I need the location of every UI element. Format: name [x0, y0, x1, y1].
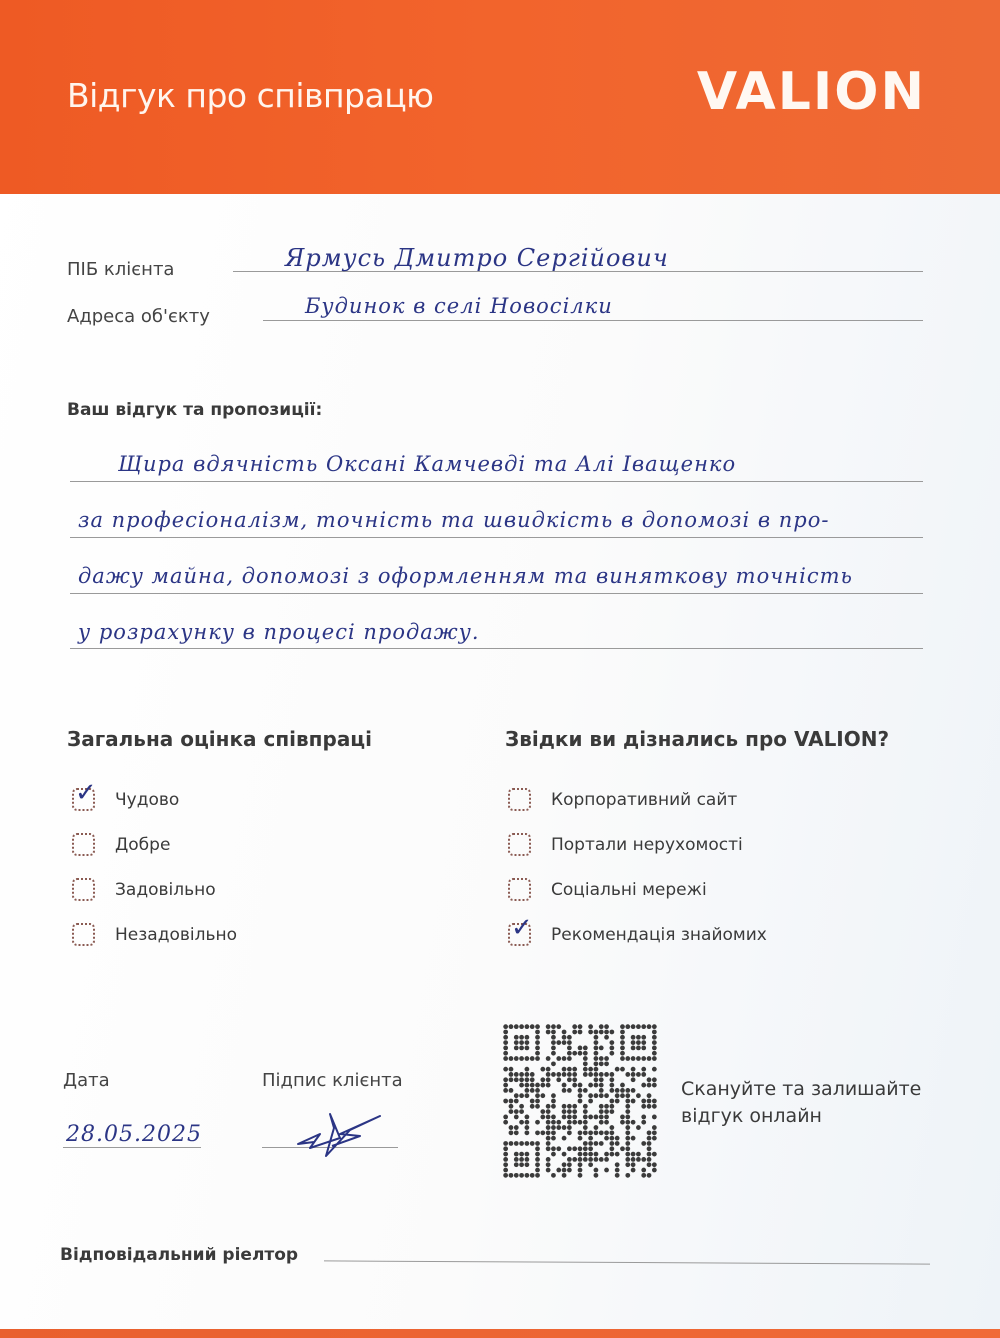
- address-line: [263, 320, 923, 321]
- feedback-line: [70, 648, 923, 649]
- checkbox[interactable]: [508, 788, 531, 811]
- brand-logo: VALION: [697, 62, 926, 122]
- source-option[interactable]: Соціальні мережі: [508, 878, 707, 901]
- form-title: Відгук про співпрацю: [67, 76, 433, 115]
- option-label: Рекомендація знайомих: [551, 925, 767, 945]
- option-label: Добре: [115, 835, 170, 855]
- checkbox[interactable]: ✓: [72, 788, 95, 811]
- feedback-line: [70, 537, 923, 538]
- option-label: Портали нерухомості: [551, 835, 743, 855]
- feedback-label: Ваш відгук та пропозиції:: [67, 400, 322, 420]
- checkbox[interactable]: [72, 833, 95, 856]
- checkbox[interactable]: [508, 878, 531, 901]
- client-name-label: ПІБ клієнта: [67, 259, 174, 280]
- source-title: Звідки ви дізнались про VALION?: [505, 727, 889, 751]
- address-label: Адреса об'єкту: [67, 306, 210, 327]
- qr-caption-line1: Скануйте та залишайте: [681, 1076, 921, 1103]
- rating-option[interactable]: Незадовільно: [72, 923, 237, 946]
- client-name-value[interactable]: Ярмусь Дмитро Сергійович: [285, 244, 669, 272]
- rating-option[interactable]: Добре: [72, 833, 170, 856]
- feedback-line: [70, 481, 923, 482]
- feedback-text-line: за професіоналізм, точність та швидкість…: [78, 508, 829, 532]
- checkmark-icon: ✓: [511, 913, 533, 943]
- qr-caption-line2: відгук онлайн: [681, 1103, 921, 1130]
- source-option[interactable]: Корпоративний сайт: [508, 788, 737, 811]
- realtor-line[interactable]: [324, 1260, 930, 1264]
- checkbox[interactable]: [72, 878, 95, 901]
- checkmark-icon: ✓: [75, 778, 97, 808]
- rating-option[interactable]: ✓Чудово: [72, 788, 179, 811]
- header-banner: Відгук про співпрацю VALION: [0, 0, 1000, 194]
- option-label: Корпоративний сайт: [551, 790, 737, 810]
- checkbox[interactable]: [508, 833, 531, 856]
- qr-caption: Скануйте та залишайте відгук онлайн: [681, 1076, 921, 1130]
- checkbox[interactable]: [72, 923, 95, 946]
- address-value[interactable]: Будинок в селі Новосілки: [305, 294, 613, 318]
- signature-label: Підпис клієнта: [262, 1070, 403, 1091]
- qr-code-icon[interactable]: [503, 1024, 657, 1178]
- checkbox[interactable]: ✓: [508, 923, 531, 946]
- date-value[interactable]: 28.05.2025: [66, 1122, 202, 1147]
- feedback-text-line: у розрахунку в процесі продажу.: [78, 620, 480, 644]
- client-signature-icon[interactable]: [290, 1108, 402, 1158]
- source-option[interactable]: Портали нерухомості: [508, 833, 743, 856]
- option-label: Незадовільно: [115, 925, 237, 945]
- feedback-text-line: дажу майна, допомозі з оформленням та ви…: [78, 564, 853, 588]
- feedback-line: [70, 593, 923, 594]
- footer-bar: [0, 1329, 1000, 1338]
- feedback-text-line: Щира вдячність Оксані Камчевді та Алі Ів…: [118, 452, 736, 476]
- realtor-label: Відповідальний ріелтор: [60, 1245, 298, 1265]
- option-label: Задовільно: [115, 880, 216, 900]
- date-label: Дата: [63, 1070, 110, 1091]
- rating-option[interactable]: Задовільно: [72, 878, 216, 901]
- source-option[interactable]: ✓Рекомендація знайомих: [508, 923, 767, 946]
- option-label: Чудово: [115, 790, 179, 810]
- option-label: Соціальні мережі: [551, 880, 707, 900]
- rating-title: Загальна оцінка співпраці: [67, 727, 372, 751]
- date-line: [63, 1147, 201, 1148]
